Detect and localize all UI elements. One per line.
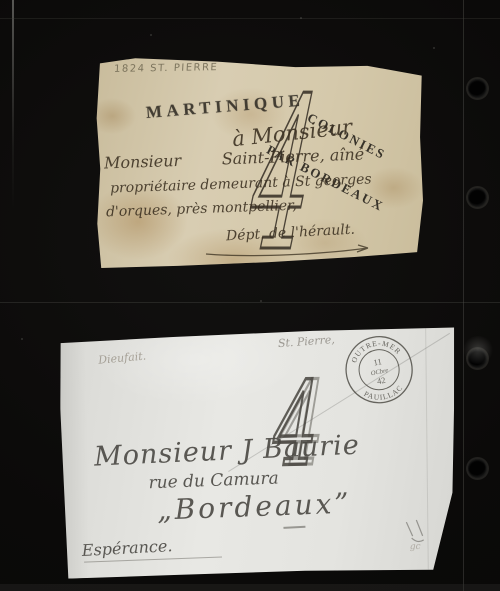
cds-day: 11 bbox=[373, 356, 383, 367]
cds-year: 42 bbox=[376, 375, 386, 386]
album-page: 1824 ST. PIERRE MARTINIQUE COLONIES PAR … bbox=[0, 0, 500, 591]
album-pocket-seam-vertical bbox=[463, 0, 464, 591]
underline-flourish-arrow bbox=[204, 243, 379, 259]
dust-speck bbox=[433, 47, 435, 49]
punch-hole-1 bbox=[468, 79, 487, 98]
album-pocket-seam-top bbox=[0, 18, 500, 19]
dust-speck bbox=[21, 338, 23, 340]
cover-bottom-outre-mer-1842: Dieufait. St. Pierre, OUTRE-MER PAUILLAC… bbox=[58, 325, 461, 579]
album-pocket-seam-middle bbox=[0, 302, 500, 303]
punch-hole-4 bbox=[468, 459, 487, 478]
pencil-annotation: 1824 ST. PIERRE bbox=[114, 62, 219, 75]
dust-speck bbox=[150, 34, 152, 36]
rate-mark-dashes bbox=[192, 267, 242, 288]
pencil-annotation-small: gc bbox=[410, 542, 421, 552]
dust-speck bbox=[260, 300, 262, 302]
circular-datestamp-outre-mer-pauillac: OUTRE-MER PAUILLAC 11 OCbre 42 bbox=[337, 327, 422, 415]
cover-top-martinique-1824: 1824 ST. PIERRE MARTINIQUE COLONIES PAR … bbox=[96, 57, 423, 268]
dust-speck bbox=[300, 17, 302, 19]
plastic-glare bbox=[462, 336, 494, 364]
album-edge-highlight bbox=[12, 0, 14, 210]
punch-hole-2 bbox=[468, 188, 487, 207]
album-bottom-edge bbox=[0, 584, 500, 591]
